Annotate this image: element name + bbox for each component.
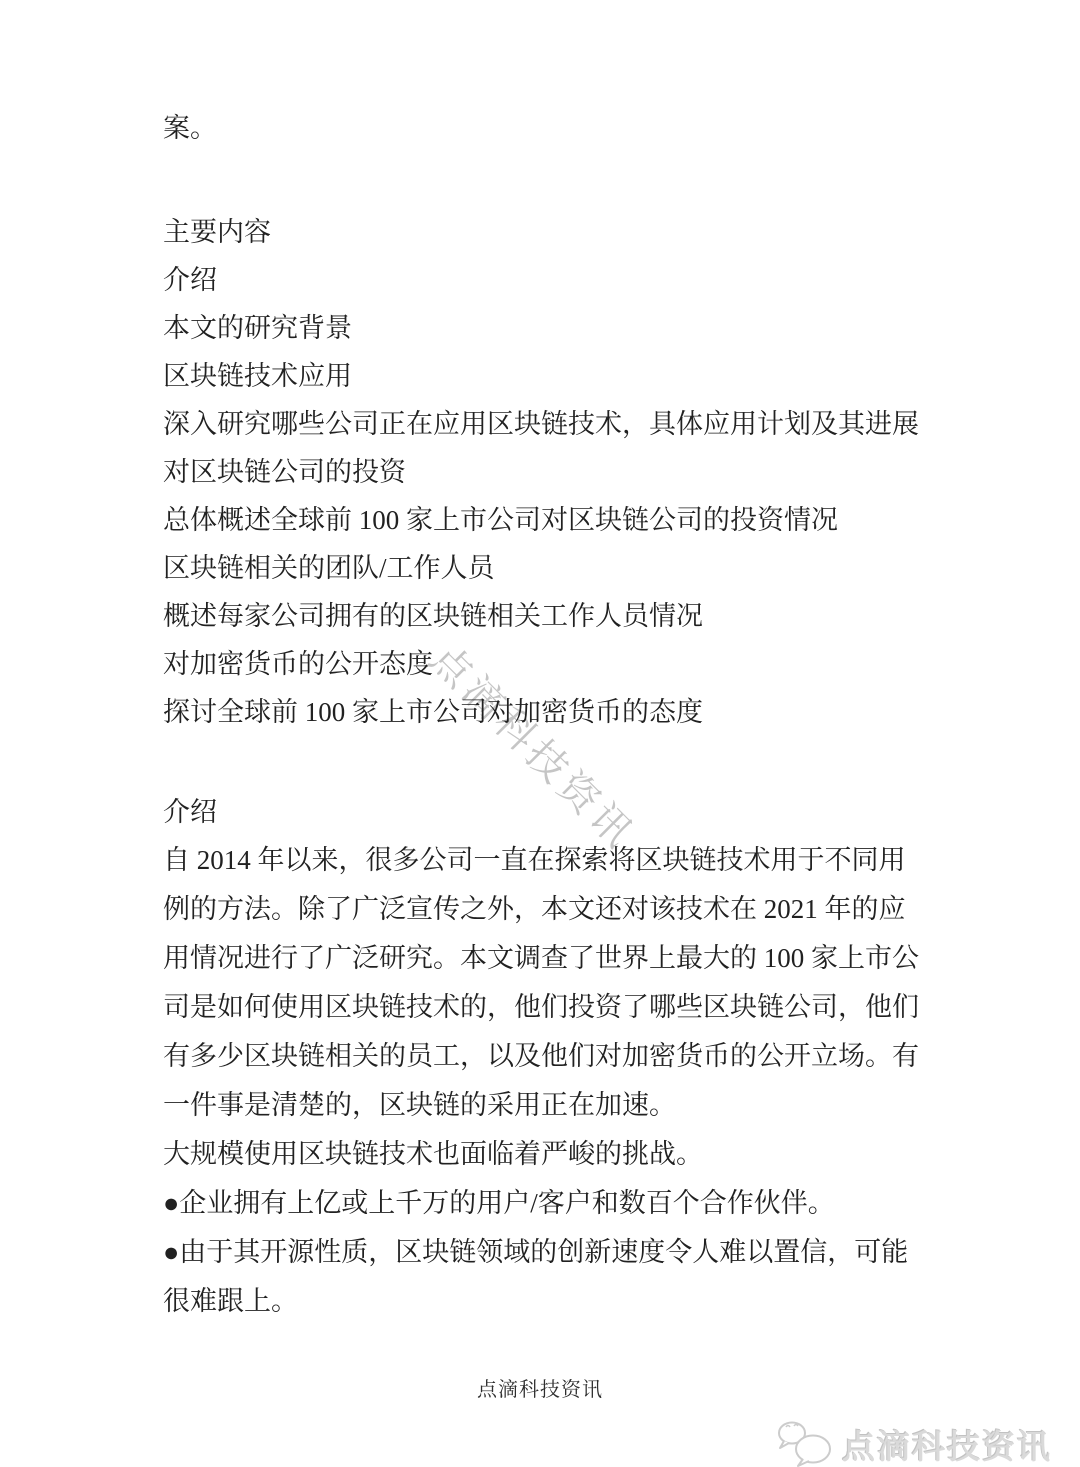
chat-bubbles-icon — [776, 1420, 834, 1467]
outline-line: 区块链相关的团队/工作人员 — [163, 544, 963, 592]
body-line: 司是如何使用区块链技术的，他们投资了哪些区块链公司，他们 — [163, 983, 963, 1032]
body-line: 一件事是清楚的，区块链的采用正在加速。 — [163, 1081, 963, 1130]
body-line: 例的方法。除了广泛宣传之外，本文还对该技术在 2021 年的应 — [163, 885, 963, 934]
outline-line: 区块链技术应用 — [163, 352, 963, 400]
section-spacer — [163, 736, 963, 788]
outline-list: 主要内容介绍本文的研究背景区块链技术应用深入研究哪些公司正在应用区块链技术，具体… — [163, 208, 963, 736]
body-line: ●由于其开源性质，区块链领域的创新速度令人难以置信，可能 — [163, 1228, 963, 1277]
body-line: 很难跟上。 — [163, 1277, 963, 1326]
outline-line: 概述每家公司拥有的区块链相关工作人员情况 — [163, 592, 963, 640]
article-content: 案。 主要内容介绍本文的研究背景区块链技术应用深入研究哪些公司正在应用区块链技术… — [163, 104, 963, 1326]
outline-line: 对区块链公司的投资 — [163, 448, 963, 496]
paragraph-spacer — [163, 152, 963, 208]
body-paragraphs: 自 2014 年以来，很多公司一直在探索将区块链技术用于不同用例的方法。除了广泛… — [163, 836, 963, 1326]
body-line: 大规模使用区块链技术也面临着严峻的挑战。 — [163, 1130, 963, 1179]
section-heading: 介绍 — [163, 788, 963, 836]
footer-source-label: 点滴科技资讯 — [0, 1376, 1080, 1404]
body-line: ●企业拥有上亿或上千万的用户/客户和数百个合作伙伴。 — [163, 1179, 963, 1228]
brand-wordmark: 点滴科技资讯 — [842, 1421, 1052, 1467]
body-line: 有多少区块链相关的员工，以及他们对加密货币的公开立场。有 — [163, 1032, 963, 1081]
body-line: 用情况进行了广泛研究。本文调查了世界上最大的 100 家上市公 — [163, 934, 963, 983]
outline-line: 介绍 — [163, 256, 963, 304]
brand-watermark: 点滴科技资讯 — [776, 1420, 1052, 1467]
outline-line: 主要内容 — [163, 208, 963, 256]
paragraph-line-remnant: 案。 — [163, 104, 963, 152]
outline-line: 本文的研究背景 — [163, 304, 963, 352]
outline-line: 对加密货币的公开态度 — [163, 640, 963, 688]
body-line: 自 2014 年以来，很多公司一直在探索将区块链技术用于不同用 — [163, 836, 963, 885]
outline-line: 深入研究哪些公司正在应用区块链技术，具体应用计划及其进展 — [163, 400, 963, 448]
outline-line: 总体概述全球前 100 家上市公司对区块链公司的投资情况 — [163, 496, 963, 544]
outline-line: 探讨全球前 100 家上市公司对加密货币的态度 — [163, 688, 963, 736]
document-page: 点滴科技资讯 案。 主要内容介绍本文的研究背景区块链技术应用深入研究哪些公司正在… — [0, 0, 1080, 1467]
